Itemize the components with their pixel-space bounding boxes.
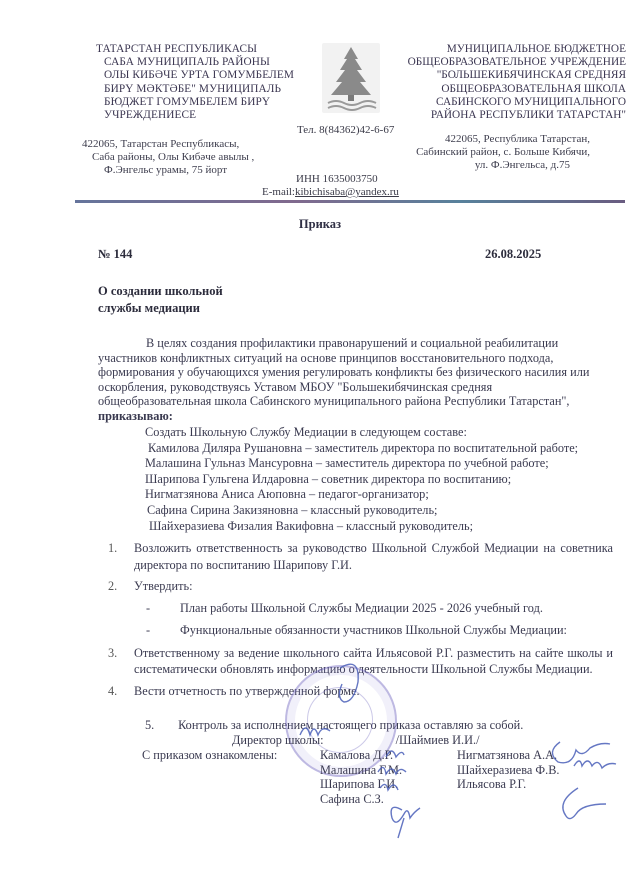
handwritten-signatures-icon	[0, 0, 640, 876]
